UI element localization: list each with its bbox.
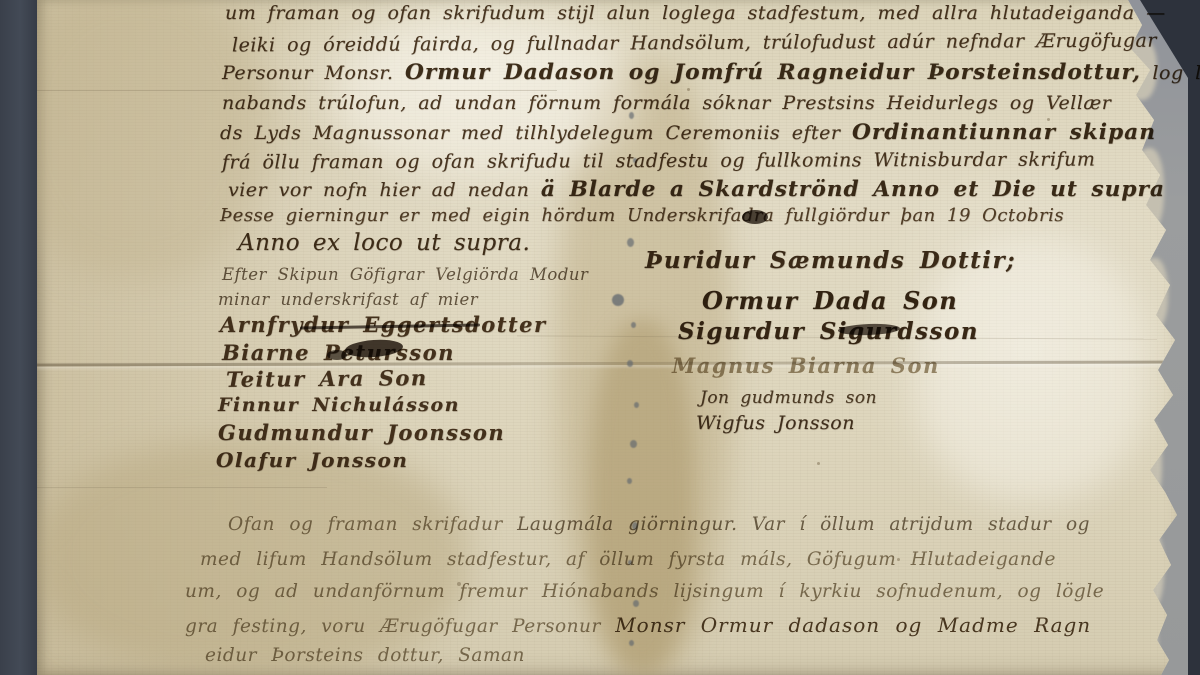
manuscript-photo: um framan og ofan skrifudum stijl alun l… — [0, 0, 1200, 675]
line-5-start: ds Lyds Magnussonar med tilhlydelegum Ce… — [220, 122, 852, 144]
bottom-line-4-start: gra festing, voru Ærugöfugar Personur — [185, 616, 615, 637]
manuscript-line-9: Anno ex loco ut supra. — [238, 230, 530, 256]
signature-sigurdur-sigurdsson: Sigurdur Sigurdsson — [678, 318, 979, 345]
bottom-line-1-start: Ofan og framan skrifadur — [228, 514, 517, 535]
manuscript-line-2: leiki og óreiddú fairda, og fullnadar Ha… — [232, 30, 1157, 57]
line-3-end: log legre Hió — [1141, 62, 1200, 84]
manuscript-line-7: vier vor nofn hier ad nedan ä Blarde a S… — [228, 177, 1165, 202]
signature-magnus-biarnason: Magnus Biarna Son — [672, 353, 940, 378]
manuscript-line-5: ds Lyds Magnussonar med tilhlydelegum Ce… — [220, 120, 1156, 145]
manuscript-line-4: nabands trúlofun, ad undan förnum formál… — [222, 92, 1111, 114]
attestation-line-1: Efter Skipun Göfigrar Velgiörda Modur — [222, 265, 588, 284]
signature-jon-gudmundsson: Jon gudmunds son — [700, 388, 877, 408]
place-date-phrase: ä Blarde a Skardströnd Anno et Die ut su… — [541, 177, 1165, 202]
line-3-start: Personur Monsr. — [222, 62, 405, 84]
bottom-line-2: med lifum Handsölum stadfestur, af öllum… — [200, 549, 1056, 570]
signature-biarne-petursson: Biarne Petursson — [222, 340, 455, 365]
signature-thuridur-saemundsdottir: Þuridur Sæmunds Dottir; — [645, 247, 1016, 274]
signature-gudmundur-joonsson: Gudmundur Joonsson — [218, 420, 505, 445]
names-ormur-ragneidur: Ormur Dadason og Jomfrú Ragneidur Þorste… — [405, 60, 1141, 85]
bottom-line-3: um, og ad undanförnum fremur Hiónabands … — [185, 581, 1104, 602]
bottom-line-5: eidur Þorsteins dottur, Saman — [205, 645, 525, 666]
signature-ormur-dadason: Ormur Dada Son — [702, 286, 958, 315]
signature-wigfus-jonsson: Wigfus Jonsson — [696, 412, 855, 434]
signature-teitur-arason: Teitur Ara Son — [226, 365, 428, 392]
signature-olafur-jonsson: Olafur Jonsson — [216, 448, 408, 472]
bottom-line-4: gra festing, voru Ærugöfugar Personur Mo… — [185, 613, 1091, 637]
attestation-line-2: minar underskrifast af mier — [218, 290, 478, 309]
manuscript-line-1: um framan og ofan skrifudum stijl alun l… — [225, 2, 1166, 24]
handwriting-layer: um framan og ofan skrifudum stijl alun l… — [0, 0, 1200, 675]
manuscript-line-8: Þesse gierningur er med eigin hördum Und… — [220, 205, 1064, 226]
manuscript-line-3: Personur Monsr. Ormur Dadason og Jomfrú … — [222, 60, 1200, 85]
signature-finnur-nichulasson: Finnur Nichulásson — [218, 394, 460, 416]
manuscript-line-6: frá öllu framan og ofan skrifudu til sta… — [222, 148, 1095, 173]
signature-arnfrydur-eggertsdotter: Arnfrydur Eggertsdotter — [220, 312, 547, 337]
bottom-line-1: Ofan og framan skrifadur Laugmála giörni… — [228, 514, 1090, 535]
word-laugmala: Laugmála giörningur. Var í öllum atrijdu… — [517, 514, 1090, 535]
names-ormur-madme-ragn: Monsr Ormur dadason og Madme Ragn — [615, 613, 1091, 637]
word-ordinantiunnar: Ordinantiunnar skipan — [852, 120, 1156, 145]
line-7-start: vier vor nofn hier ad nedan — [228, 179, 541, 201]
